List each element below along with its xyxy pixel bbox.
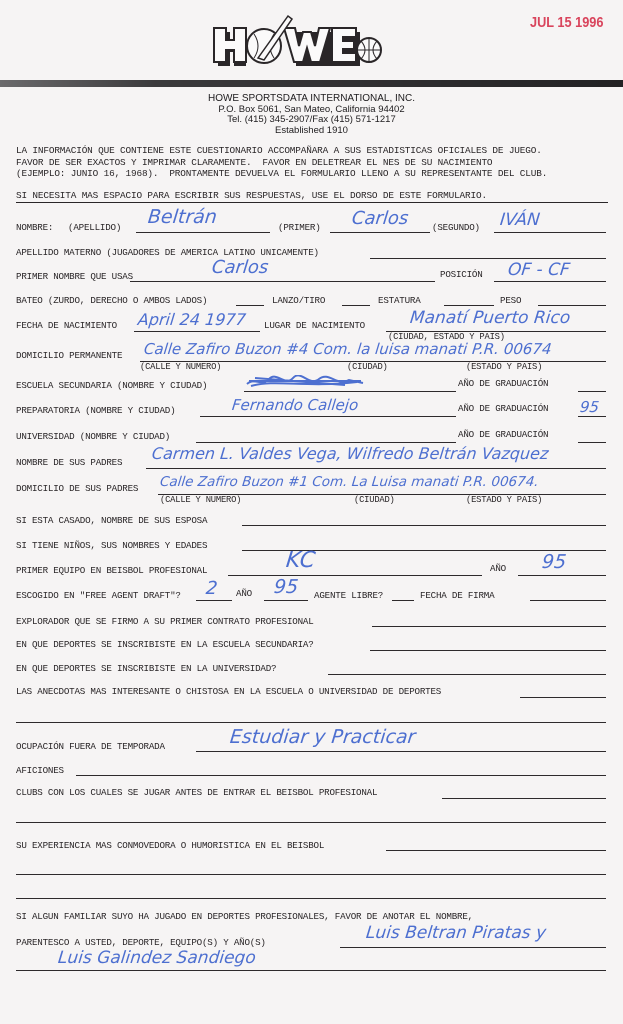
aficiones-label: AFICIONES	[16, 765, 64, 776]
agente-libre-field[interactable]	[392, 600, 414, 601]
preparatoria-grad-field[interactable]	[578, 416, 606, 417]
deportes-universidad-label: EN QUE DEPORTES SE INSCRIBISTE EN LA UNI…	[16, 663, 276, 674]
universidad-label: UNIVERSIDAD (NOMBRE Y CIUDAD)	[16, 431, 170, 442]
space-notice: SI NECESITA MAS ESPACIO PARA ESCRIBIR SU…	[16, 190, 608, 203]
experiencia-field[interactable]	[386, 850, 606, 851]
instructions: LA INFORMACIÓN QUE CONTIENE ESTE CUESTIO…	[16, 145, 616, 180]
segundo-value: IVÁN	[499, 210, 541, 230]
domicilio-padres-value: Calle Zafiro Buzon #1 Com. La Luisa mana…	[159, 474, 539, 490]
company-name: HOWE SPORTSDATA INTERNATIONAL, INC.	[0, 94, 623, 105]
experiencia-field-line-3[interactable]	[16, 898, 606, 899]
domicilio-padres-label: DOMICILIO DE SUS PADRES	[16, 483, 138, 494]
posicion-label: POSICIÓN	[440, 269, 483, 280]
experiencia-label: SU EXPERIENCIA MAS CONMOVEDORA O HUMORIS…	[16, 840, 324, 851]
draft-label: ESCOGIDO EN "FREE AGENT DRAFT"?	[16, 590, 181, 601]
primer-equipo-ano-value: 95	[541, 551, 567, 573]
familiar-value-1: Luis Beltran Piratas y	[365, 923, 547, 943]
draft-field[interactable]	[196, 600, 232, 601]
received-date-stamp: JUL 15 1996	[530, 14, 603, 31]
deportes-secundaria-field[interactable]	[370, 650, 606, 651]
company-info: HOWE SPORTSDATA INTERNATIONAL, INC. P.O.…	[0, 94, 623, 136]
estatura-label: ESTATURA	[378, 295, 421, 306]
instructions-line-1: LA INFORMACIÓN QUE CONTIENE ESTE CUESTIO…	[16, 145, 616, 157]
instructions-line-3: (EJEMPLO: JUNIO 16, 1968). PRONTAMENTE D…	[16, 168, 616, 180]
posicion-value: OF - CF	[507, 260, 571, 280]
header-divider-bar	[0, 80, 623, 87]
estatura-field[interactable]	[444, 305, 494, 306]
nombre-label: NOMBRE:	[16, 222, 53, 233]
draft-ano-label: AÑO	[236, 588, 252, 599]
company-phone: Tel. (415) 345-2907/Fax (415) 571-1217	[0, 115, 623, 126]
ninos-label: SI TIENE NIÑOS, SUS NOMBRES Y EDADES	[16, 540, 207, 551]
padres-field[interactable]	[146, 468, 606, 469]
preparatoria-grad-value: 95	[579, 398, 600, 416]
domicilio-permanente-value: Calle Zafiro Buzon #4 Com. la luisa mana…	[143, 340, 552, 358]
agente-libre-label: AGENTE LIBRE?	[314, 590, 383, 601]
draft-ano-value: 95	[273, 576, 299, 598]
escuela-secundaria-field[interactable]	[244, 391, 456, 392]
primer-equipo-value: KC	[285, 548, 317, 573]
familiar-field-line-2[interactable]	[16, 970, 606, 971]
ocupacion-field[interactable]	[196, 751, 606, 752]
apellido-value: Beltrán	[147, 206, 218, 228]
escuela-grad-field[interactable]	[578, 391, 606, 392]
fecha-firma-field[interactable]	[530, 600, 606, 601]
anecdotas-field-line-2[interactable]	[16, 722, 606, 723]
familiar-label-1: SI ALGUN FAMILIAR SUYO HA JUGADO EN DEPO…	[16, 911, 473, 922]
fecha-nacimiento-field[interactable]	[134, 331, 260, 332]
padres-label: NOMBRE DE SUS PADRES	[16, 457, 122, 468]
aficiones-field[interactable]	[76, 775, 606, 776]
ocupacion-value: Estudiar y Practicar	[229, 726, 417, 748]
apellido-materno-field[interactable]	[370, 258, 606, 259]
primer-nombre-field[interactable]	[130, 281, 435, 282]
padres-estado-sublabel: (ESTADO Y PAIS)	[466, 495, 542, 505]
familiar-field[interactable]	[340, 947, 606, 948]
preparatoria-field[interactable]	[200, 416, 456, 417]
familiar-label-2: PARENTESCO A USTED, DEPORTE, EQUIPO(S) Y…	[16, 937, 266, 948]
estado-pais-sublabel: (ESTADO Y PAIS)	[466, 362, 542, 372]
padres-value: Carmen L. Valdes Vega, Wilfredo Beltrán …	[151, 444, 549, 463]
escuela-grad-label: AÑO DE GRADUACIÓN	[458, 378, 548, 389]
primer-value: Carlos	[351, 208, 410, 229]
domicilio-permanente-label: DOMICILIO PERMANENTE	[16, 350, 122, 361]
clubs-field-line-2[interactable]	[16, 822, 606, 823]
howe-logo	[212, 14, 384, 68]
primer-equipo-ano-label: AÑO	[490, 563, 506, 574]
lugar-nacimiento-value: Manatí Puerto Rico	[409, 308, 571, 328]
fecha-firma-label: FECHA DE FIRMA	[420, 590, 494, 601]
preparatoria-grad-label: AÑO DE GRADUACIÓN	[458, 403, 548, 414]
bateo-field[interactable]	[236, 305, 264, 306]
familiar-value-2: Luis Galindez Sandiego	[57, 948, 257, 968]
ocupacion-label: OCUPACIÓN FUERA DE TEMPORADA	[16, 741, 165, 752]
segundo-label: (SEGUNDO)	[432, 222, 480, 233]
apellido-materno-label: APELLIDO MATERNO (JUGADORES DE AMERICA L…	[16, 247, 319, 258]
primer-nombre-value: Carlos	[211, 257, 270, 278]
universidad-grad-field[interactable]	[578, 442, 606, 443]
apellido-field[interactable]	[136, 232, 270, 233]
universidad-grad-label: AÑO DE GRADUACIÓN	[458, 429, 548, 440]
lugar-nacimiento-label: LUGAR DE NACIMIENTO	[264, 320, 365, 331]
ciudad-sublabel: (CIUDAD)	[347, 362, 388, 372]
experiencia-field-line-2[interactable]	[16, 874, 606, 875]
scribbled-out-text	[245, 375, 365, 389]
clubs-field[interactable]	[442, 798, 606, 799]
company-established: Established 1910	[0, 126, 623, 137]
fecha-nacimiento-value: April 24 1977	[137, 310, 247, 329]
universidad-field[interactable]	[196, 442, 456, 443]
primer-field[interactable]	[330, 232, 430, 233]
primer-nombre-label: PRIMER NOMBRE QUE USAS	[16, 271, 133, 282]
esposa-label: SI ESTA CASADO, NOMBRE DE SUS ESPOSA	[16, 515, 207, 526]
padres-ciudad-sublabel: (CIUDAD)	[354, 495, 395, 505]
anecdotas-field[interactable]	[520, 697, 606, 698]
preparatoria-label: PREPARATORIA (NOMBRE Y CIUDAD)	[16, 405, 175, 416]
primer-equipo-label: PRIMER EQUIPO EN BEISBOL PROFESIONAL	[16, 565, 207, 576]
apellido-label: (APELLIDO)	[68, 222, 121, 233]
primer-label: (PRIMER)	[278, 222, 321, 233]
esposa-field[interactable]	[242, 525, 606, 526]
draft-value: 2	[205, 578, 219, 599]
calle-numero-sublabel: (CALLE Y NUMERO)	[140, 362, 221, 372]
explorador-field[interactable]	[372, 626, 606, 627]
howe-logo-icon	[212, 14, 384, 68]
instructions-line-2: FAVOR DE SER EXACTOS Y IMPRIMAR CLARAMEN…	[16, 157, 616, 169]
draft-ano-field[interactable]	[264, 600, 308, 601]
posicion-field[interactable]	[494, 281, 606, 282]
explorador-label: EXPLORADOR QUE SE FIRMO A SU PRIMER CONT…	[16, 616, 314, 627]
segundo-field[interactable]	[494, 232, 606, 233]
lanzo-tiro-label: LANZO/TIRO	[272, 295, 325, 306]
primer-equipo-ano-field[interactable]	[518, 575, 606, 576]
deportes-secundaria-label: EN QUE DEPORTES SE INSCRIBISTE EN LA ESC…	[16, 639, 314, 650]
anecdotas-label: LAS ANECDOTAS MAS INTERESANTE O CHISTOSA…	[16, 686, 441, 697]
peso-field[interactable]	[538, 305, 606, 306]
bateo-label: BATEO (ZURDO, DERECHO O AMBOS LADOS)	[16, 295, 207, 306]
peso-label: PESO	[500, 295, 521, 306]
padres-calle-sublabel: (CALLE Y NUMERO)	[160, 495, 241, 505]
clubs-label: CLUBS CON LOS CUALES SE JUGAR ANTES DE E…	[16, 787, 377, 798]
preparatoria-value: Fernando Callejo	[231, 396, 359, 414]
primer-equipo-field[interactable]	[228, 575, 482, 576]
lanzo-tiro-field[interactable]	[342, 305, 370, 306]
escuela-secundaria-label: ESCUELA SECUNDARIA (NOMBRE Y CIUDAD)	[16, 380, 207, 391]
fecha-nacimiento-label: FECHA DE NACIMIENTO	[16, 320, 117, 331]
deportes-universidad-field[interactable]	[328, 674, 606, 675]
